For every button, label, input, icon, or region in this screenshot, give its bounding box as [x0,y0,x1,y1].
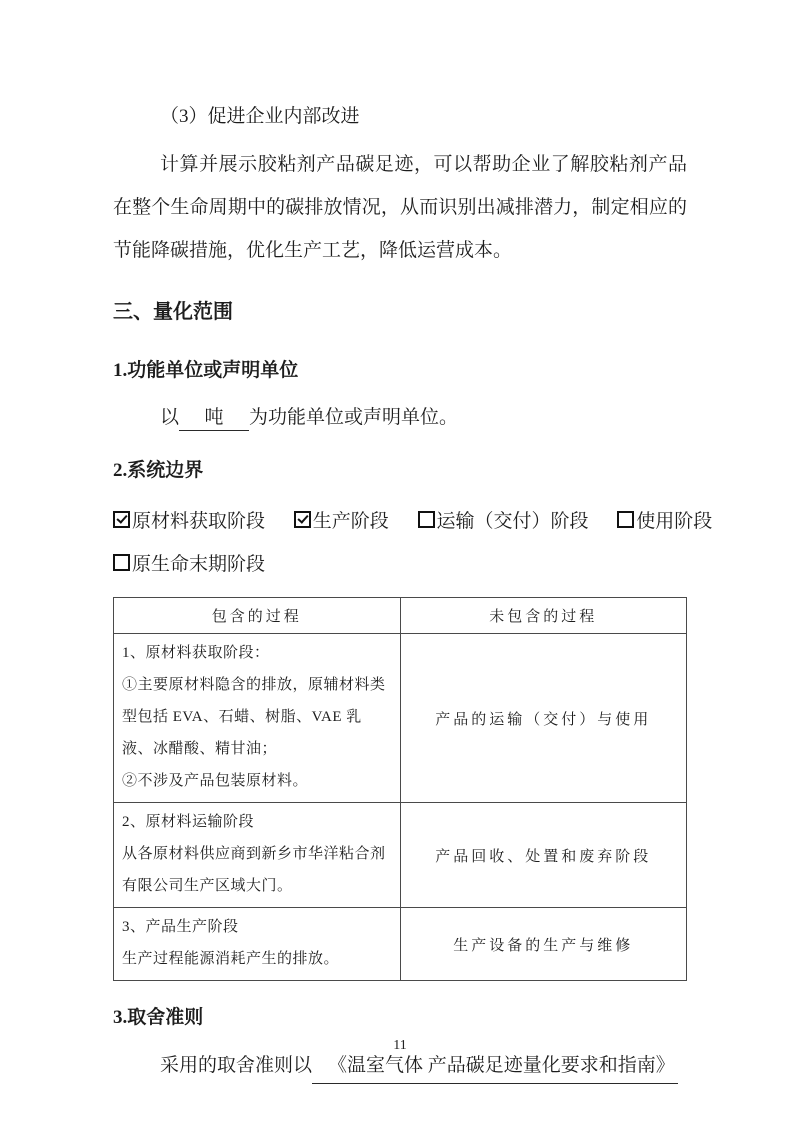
item3-heading: （3）促进企业内部改进 [113,104,687,130]
checkbox-checked-icon [294,511,311,528]
functional-unit-value: 吨 [179,406,249,431]
subsection-3-title: 3.取舍准则 [113,1005,687,1031]
excluded-cell: 产品回收、处置和废弃阶段 [400,803,687,908]
table-row-raw-material-transport: 2、原材料运输阶段 从各原材料供应商到新乡市华洋粘合剂有限公司生产区域大门。 产… [114,803,687,908]
page-number: 11 [0,1038,800,1054]
subsection-2-title: 2.系统边界 [113,458,687,484]
intro-paragraph: 计算并展示胶粘剂产品碳足迹，可以帮助企业了解胶粘剂产品在整个生命周期中的碳排放情… [113,143,687,272]
checkbox-label: 运输（交付）阶段 [437,511,589,532]
table-header-excluded: 未包含的过程 [400,598,687,634]
unit-line-post: 为功能单位或声明单位。 [249,407,458,428]
checkbox-label: 生产阶段 [313,511,389,532]
table-row-product-production: 3、产品生产阶段 生产过程能源消耗产生的排放。 生产设备的生产与维修 [114,908,687,981]
table-header-row: 包含的过程 未包含的过程 [114,598,687,634]
checkbox-checked-icon [113,511,130,528]
functional-unit-line: 以吨为功能单位或声明单位。 [113,404,687,432]
unit-line-pre: 以 [160,407,179,428]
checkbox-row-1: 原材料获取阶段 生产阶段 运输（交付）阶段 使用阶段 [113,500,687,543]
checkbox-raw-material-acquisition-stage[interactable]: 原材料获取阶段 [113,511,265,532]
checkbox-row-2: 原生命末期阶段 [113,543,687,586]
excluded-cell: 产品的运输（交付）与使用 [400,634,687,803]
table-cell-line: 1、原材料获取阶段： [122,637,392,669]
cutoff-criteria-line: 采用的取舍准则以《温室气体 产品碳足迹量化要求和指南》 [113,1051,687,1084]
table-cell-line: ②不涉及产品包装原材料。 [122,765,392,797]
system-boundary-table: 包含的过程 未包含的过程 1、原材料获取阶段： ①主要原材料隐含的排放，原辅材料… [113,597,687,981]
criteria-pre: 采用的取舍准则以 [160,1055,312,1076]
checkbox-unchecked-icon [617,511,634,528]
criteria-standard-name: 《温室气体 产品碳足迹量化要求和指南》 [312,1051,678,1084]
table-cell-line: ①主要原材料隐含的排放，原辅材料类型包括 EVA、石蜡、树脂、VAE 乳液、冰醋… [122,669,392,765]
included-cell: 1、原材料获取阶段： ①主要原材料隐含的排放，原辅材料类型包括 EVA、石蜡、树… [114,634,401,803]
checkbox-use-stage[interactable]: 使用阶段 [617,511,712,532]
checkbox-end-of-life-stage[interactable]: 原生命末期阶段 [113,554,265,575]
table-header-included: 包含的过程 [114,598,401,634]
table-cell-line: 生产过程能源消耗产生的排放。 [122,943,392,975]
checkbox-label: 原材料获取阶段 [132,511,265,532]
checkbox-unchecked-icon [418,511,435,528]
included-cell: 3、产品生产阶段 生产过程能源消耗产生的排放。 [114,908,401,981]
table-cell-line: 3、产品生产阶段 [122,911,392,943]
included-cell: 2、原材料运输阶段 从各原材料供应商到新乡市华洋粘合剂有限公司生产区域大门。 [114,803,401,908]
section-title-quantification-scope: 三、量化范围 [113,298,687,326]
table-row-raw-material-acquisition: 1、原材料获取阶段： ①主要原材料隐含的排放，原辅材料类型包括 EVA、石蜡、树… [114,634,687,803]
checkbox-transport-delivery-stage[interactable]: 运输（交付）阶段 [418,511,589,532]
table-cell-line: 从各原材料供应商到新乡市华洋粘合剂有限公司生产区域大门。 [122,838,392,902]
checkbox-unchecked-icon [113,554,130,571]
excluded-cell: 生产设备的生产与维修 [400,908,687,981]
table-cell-line: 2、原材料运输阶段 [122,806,392,838]
subsection-1-title: 1.功能单位或声明单位 [113,358,687,384]
checkbox-label: 原生命末期阶段 [132,554,265,575]
system-boundary-checkboxes: 原材料获取阶段 生产阶段 运输（交付）阶段 使用阶段 原生命末期阶段 [113,500,687,586]
checkbox-production-stage[interactable]: 生产阶段 [294,511,389,532]
checkbox-label: 使用阶段 [636,511,712,532]
document-page: （3）促进企业内部改进 计算并展示胶粘剂产品碳足迹，可以帮助企业了解胶粘剂产品在… [0,0,800,1131]
